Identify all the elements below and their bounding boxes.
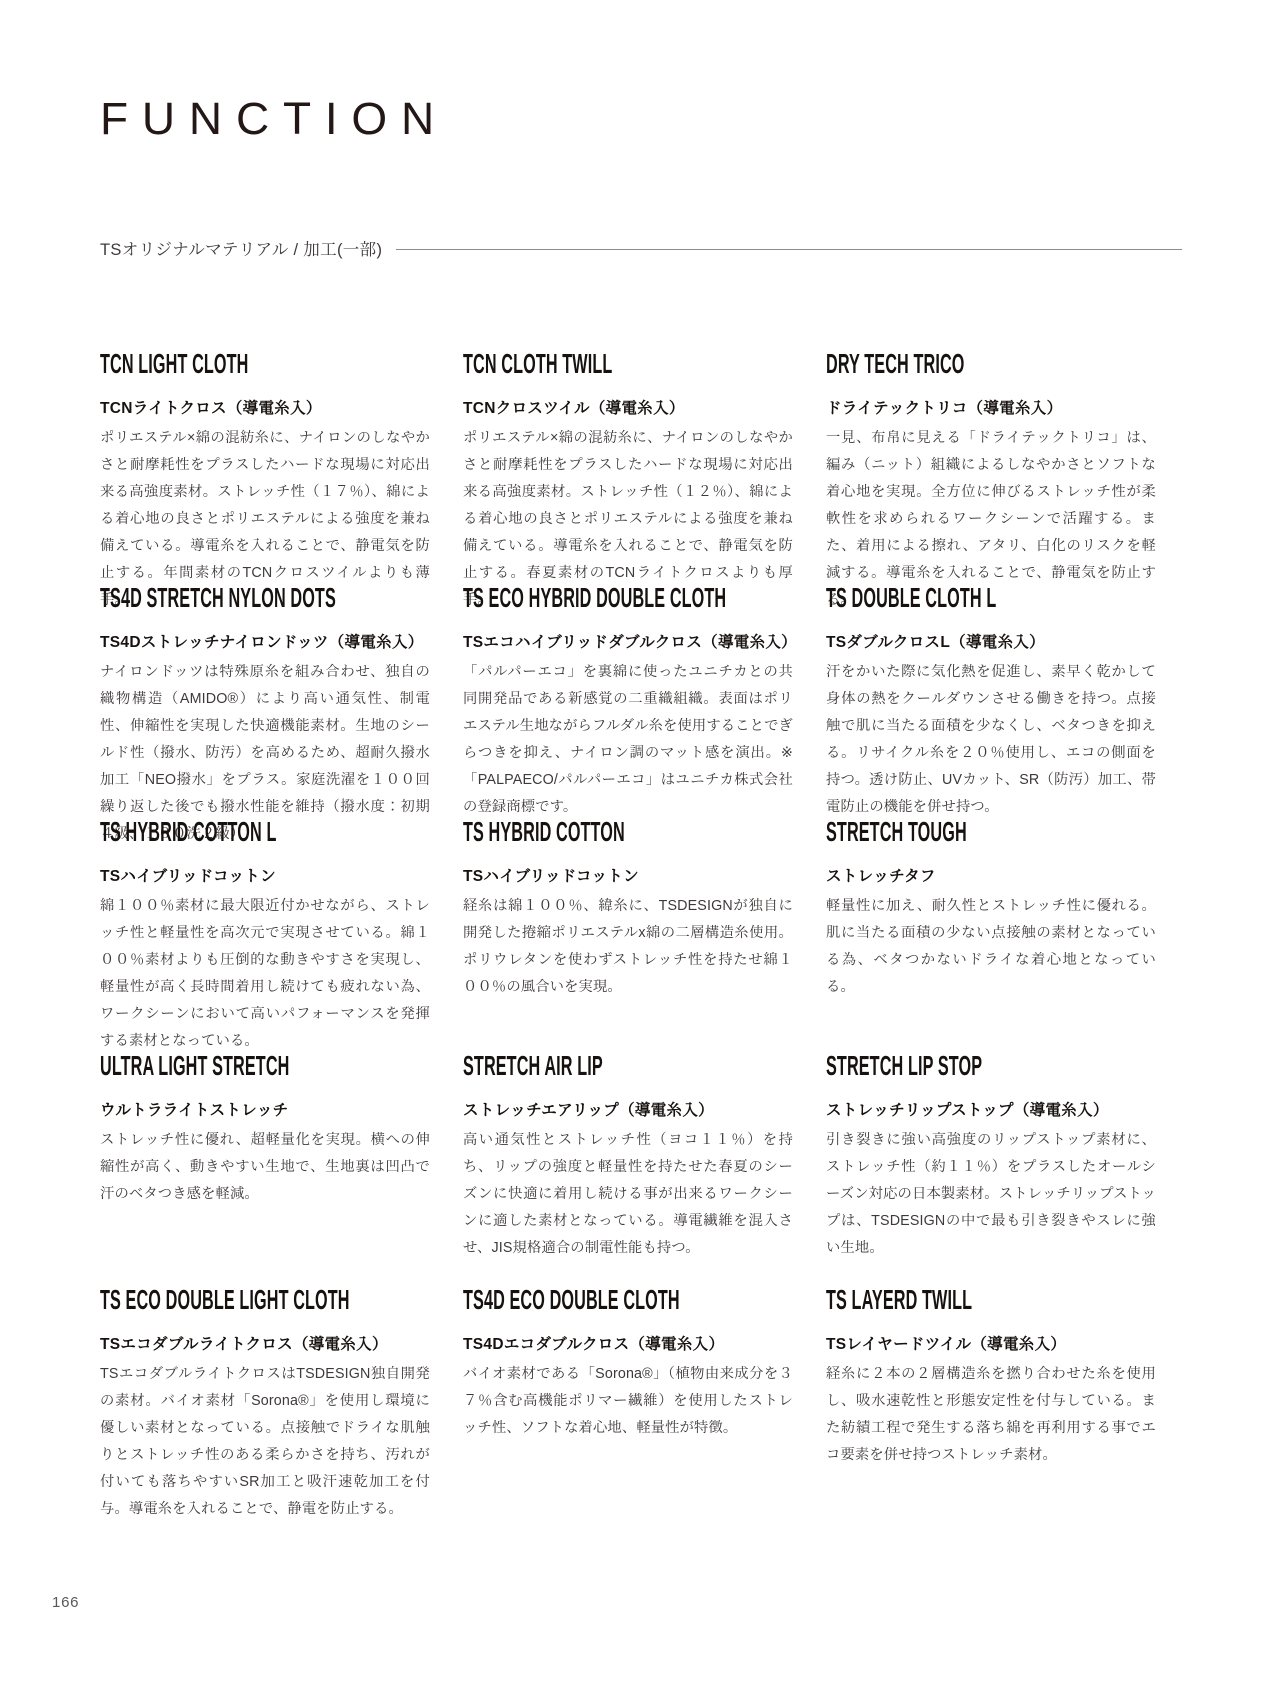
section-divider	[396, 249, 1182, 250]
material-description: 高い通気性とストレッチ性（ヨコ１１％）を持ち、リップの強度と軽量性を持たせた春夏…	[463, 1127, 793, 1262]
material-title: TS4D STRETCH NYLON DOTS	[100, 586, 298, 610]
material-title: STRETCH LIP STOP	[826, 1054, 1024, 1078]
material-title: TS4D ECO DOUBLE CLOTH	[463, 1288, 661, 1312]
material-description: 綿１００％素材に最大限近付かせながら、ストレッチ性と軽量性を高次元で実現させてい…	[100, 893, 430, 1055]
material-name-jp: TSレイヤードツイル（導電糸入）	[826, 1332, 1156, 1354]
material-name-jp: TSエコダブルライトクロス（導電糸入）	[100, 1332, 430, 1354]
material-description: ストレッチ性に優れ、超軽量化を実現。横への伸縮性が高く、動きやすい生地で、生地裏…	[100, 1127, 430, 1208]
material-name-jp: TCNクロスツイル（導電糸入）	[463, 396, 793, 418]
material-name-jp: TS4Dエコダブルクロス（導電糸入）	[463, 1332, 793, 1354]
material-description: 引き裂きに強い高強度のリップストップ素材に、ストレッチ性（約１１％）をプラスした…	[826, 1127, 1156, 1262]
material-name-jp: TSハイブリッドコットン	[100, 864, 430, 886]
material-card: TS DOUBLE CLOTH L TSダブルクロスL（導電糸入） 汗をかいた際…	[826, 586, 1156, 820]
material-title: TS HYBRID COTTON	[463, 820, 661, 844]
material-name-jp: ストレッチエアリップ（導電糸入）	[463, 1098, 793, 1120]
material-name-jp: ドライテックトリコ（導電糸入）	[826, 396, 1156, 418]
catalog-page: FUNCTION TSオリジナルマテリアル / 加工(一部) TCN LIGHT…	[0, 0, 1280, 1689]
material-title: STRETCH TOUGH	[826, 820, 1024, 844]
material-name-jp: TSダブルクロスL（導電糸入）	[826, 630, 1156, 652]
material-name-jp: TCNライトクロス（導電糸入）	[100, 396, 430, 418]
material-description: 経糸は綿１００％、緯糸に、TSDESIGNが独自に開発した捲縮ポリエステルx綿の…	[463, 893, 793, 1001]
material-title: STRETCH AIR LIP	[463, 1054, 661, 1078]
material-card: TS4D ECO DOUBLE CLOTH TS4Dエコダブルクロス（導電糸入）…	[463, 1288, 793, 1522]
material-title: DRY TECH TRICO	[826, 352, 1024, 376]
material-card: ULTRA LIGHT STRETCH ウルトラライトストレッチ ストレッチ性に…	[100, 1054, 430, 1288]
material-card: TS ECO HYBRID DOUBLE CLOTH TSエコハイブリッドダブル…	[463, 586, 793, 820]
page-number: 166	[52, 1594, 79, 1611]
material-description: 経糸に２本の２層構造糸を撚り合わせた糸を使用し、吸水速乾性と形態安定性を付与して…	[826, 1361, 1156, 1469]
material-title: TS ECO HYBRID DOUBLE CLOTH	[463, 586, 661, 610]
material-title: TS ECO DOUBLE LIGHT CLOTH	[100, 1288, 298, 1312]
material-title: ULTRA LIGHT STRETCH	[100, 1054, 298, 1078]
material-title: TS LAYERD TWILL	[826, 1288, 1024, 1312]
material-description: 汗をかいた際に気化熱を促進し、素早く乾かして身体の熱をクールダウンさせる働きを持…	[826, 659, 1156, 821]
material-title: TCN CLOTH TWILL	[463, 352, 661, 376]
material-description: 「パルパーエコ」を裏綿に使ったユニチカとの共同開発品である新感覚の二重織組織。表…	[463, 659, 793, 821]
material-card: TCN CLOTH TWILL TCNクロスツイル（導電糸入） ポリエステル×綿…	[463, 352, 793, 586]
page-title: FUNCTION	[100, 92, 448, 145]
material-card: TS ECO DOUBLE LIGHT CLOTH TSエコダブルライトクロス（…	[100, 1288, 430, 1522]
material-card: TCN LIGHT CLOTH TCNライトクロス（導電糸入） ポリエステル×綿…	[100, 352, 430, 586]
material-card: STRETCH AIR LIP ストレッチエアリップ（導電糸入） 高い通気性とス…	[463, 1054, 793, 1288]
material-title: TS DOUBLE CLOTH L	[826, 586, 1024, 610]
material-title: TS HYBRID COTTON L	[100, 820, 298, 844]
materials-grid: TCN LIGHT CLOTH TCNライトクロス（導電糸入） ポリエステル×綿…	[100, 352, 1156, 1522]
material-card: TS LAYERD TWILL TSレイヤードツイル（導電糸入） 経糸に２本の２…	[826, 1288, 1156, 1522]
material-description: TSエコダブルライトクロスはTSDESIGN独自開発の素材。バイオ素材「Soro…	[100, 1361, 430, 1523]
material-name-jp: ウルトラライトストレッチ	[100, 1098, 430, 1120]
section-header: TSオリジナルマテリアル / 加工(一部)	[100, 236, 1182, 260]
material-name-jp: TSエコハイブリッドダブルクロス（導電糸入）	[463, 630, 793, 652]
material-card: TS HYBRID COTTON TSハイブリッドコットン 経糸は綿１００％、緯…	[463, 820, 793, 1054]
material-name-jp: TSハイブリッドコットン	[463, 864, 793, 886]
material-name-jp: TS4Dストレッチナイロンドッツ（導電糸入）	[100, 630, 430, 652]
material-description: 軽量性に加え、耐久性とストレッチ性に優れる。肌に当たる面積の少ない点接触の素材と…	[826, 893, 1156, 1001]
material-card: DRY TECH TRICO ドライテックトリコ（導電糸入） 一見、布帛に見える…	[826, 352, 1156, 586]
material-card: STRETCH LIP STOP ストレッチリップストップ（導電糸入） 引き裂き…	[826, 1054, 1156, 1288]
material-card: TS4D STRETCH NYLON DOTS TS4Dストレッチナイロンドッツ…	[100, 586, 430, 820]
material-title: TCN LIGHT CLOTH	[100, 352, 298, 376]
material-card: STRETCH TOUGH ストレッチタフ 軽量性に加え、耐久性とストレッチ性に…	[826, 820, 1156, 1054]
material-card: TS HYBRID COTTON L TSハイブリッドコットン 綿１００％素材に…	[100, 820, 430, 1054]
material-name-jp: ストレッチリップストップ（導電糸入）	[826, 1098, 1156, 1120]
material-description: バイオ素材である「Sorona®」（植物由来成分を３７％含む高機能ポリマー繊維）…	[463, 1361, 793, 1442]
material-name-jp: ストレッチタフ	[826, 864, 1156, 886]
section-label: TSオリジナルマテリアル / 加工(一部)	[100, 236, 382, 260]
